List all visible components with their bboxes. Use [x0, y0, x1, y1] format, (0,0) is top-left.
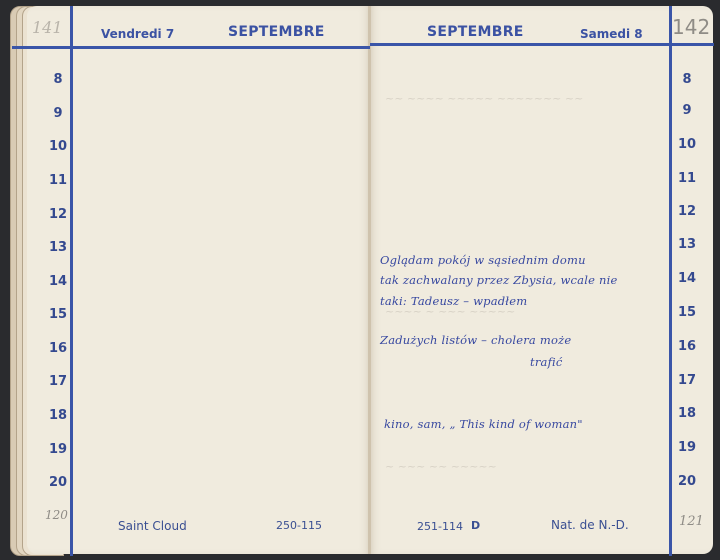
left-page [27, 6, 370, 554]
hour-label: 18 [43, 408, 73, 423]
hour-label: 19 [43, 442, 73, 457]
open-diary: 141 Vendredi 7 SEPTEMBRE SEPTEMBRE Samed… [0, 0, 720, 560]
left-saint-name: Saint Cloud [118, 519, 187, 533]
hour-label: 13 [672, 237, 702, 252]
hour-label: 8 [672, 72, 702, 87]
hour-label: 20 [43, 475, 73, 490]
left-day-label: Vendredi 7 [101, 27, 174, 41]
right-header-rule [370, 43, 714, 46]
hour-label: 10 [43, 139, 73, 154]
hour-label: 12 [672, 204, 702, 219]
handwritten-line: trafić [530, 355, 563, 369]
hour-label: 15 [672, 305, 702, 320]
left-month: SEPTEMBRE [228, 24, 325, 40]
handwritten-line: taki: Tadeusz – wpadłem [380, 294, 527, 308]
left-pencil-number: 120 [45, 508, 68, 522]
handwritten-line: kino, sam, „ This kind of woman" [384, 417, 583, 431]
hour-label: 16 [43, 341, 73, 356]
hour-label: 11 [672, 171, 702, 186]
right-day-count: 251-114 [417, 520, 463, 533]
left-page-number: 141 [32, 18, 63, 37]
hour-label: 16 [672, 339, 702, 354]
right-page-number: 142 [672, 15, 710, 39]
right-pencil-number: 121 [679, 514, 704, 529]
hour-label: 17 [43, 374, 73, 389]
hour-label: 14 [672, 271, 702, 286]
hour-label: 18 [672, 406, 702, 421]
hour-label: 13 [43, 240, 73, 255]
hour-label: 12 [43, 207, 73, 222]
hour-label: 9 [43, 106, 73, 121]
hour-label: 11 [43, 173, 73, 188]
bleed-through-text: ~ ~~~ ~~ ~~~~~ [385, 460, 497, 473]
handwritten-line: tak zachwalany przez Zbysia, wcale nie [380, 273, 617, 287]
hour-label: 15 [43, 307, 73, 322]
handwritten-line: Zadużych listów – cholera może [380, 333, 571, 347]
hour-label: 14 [43, 274, 73, 289]
left-header-rule [12, 46, 370, 49]
hour-label: 19 [672, 440, 702, 455]
handwritten-line: Oglądam pokój w sąsiednim domu [380, 253, 586, 267]
left-day-count: 250-115 [276, 519, 322, 532]
right-saint-name: Nat. de N.-D. [551, 518, 629, 532]
moon-phase-icon: D [471, 519, 480, 532]
right-month: SEPTEMBRE [427, 24, 524, 40]
bleed-through-text: ~~ ~~~~ ~~~~~ ~~~~~~~ ~~ [385, 92, 583, 105]
hour-label: 20 [672, 474, 702, 489]
hour-label: 17 [672, 373, 702, 388]
hour-label: 9 [672, 103, 702, 118]
right-day-label: Samedi 8 [580, 27, 643, 41]
hour-label: 8 [43, 72, 73, 87]
hour-label: 10 [672, 137, 702, 152]
book-gutter [368, 6, 371, 554]
